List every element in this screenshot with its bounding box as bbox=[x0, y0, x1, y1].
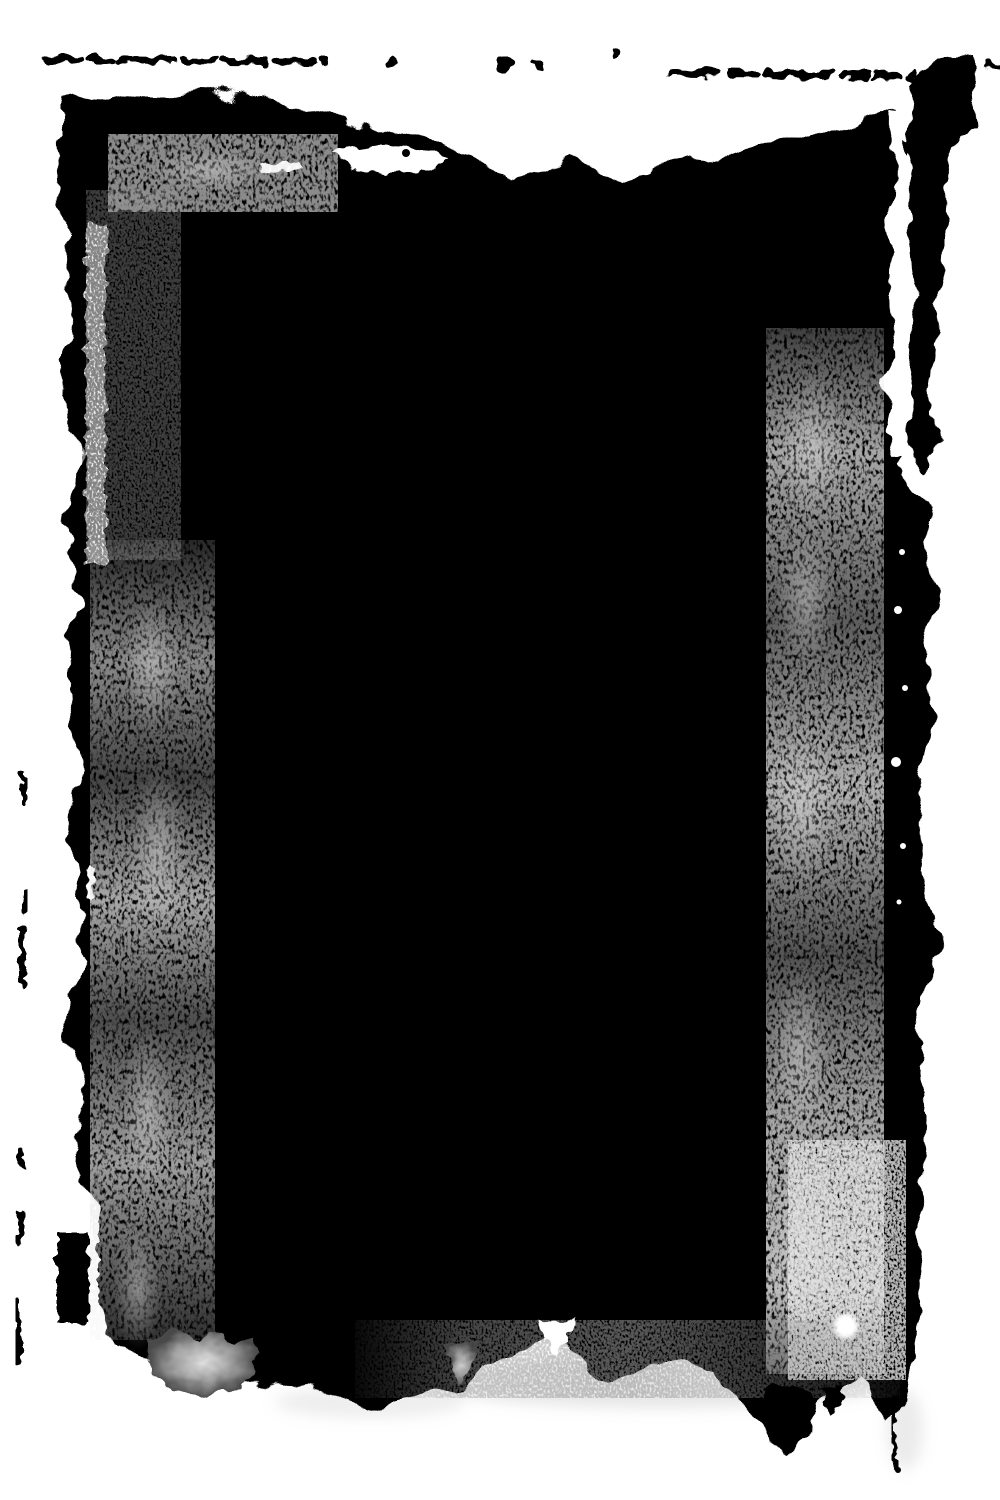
top-dash-segment-right bbox=[670, 72, 900, 76]
ink-dot bbox=[318, 57, 328, 67]
white-drop-hole bbox=[834, 1314, 858, 1338]
grunge-texture-stage bbox=[0, 0, 1000, 1500]
bottom-left-ink-island bbox=[57, 1233, 89, 1323]
grain-band-left bbox=[90, 540, 215, 1340]
ink-dot bbox=[533, 61, 543, 71]
ink-dot bbox=[386, 58, 396, 68]
grain-band-left-upper bbox=[86, 190, 181, 560]
ink-dot-in-hole bbox=[402, 149, 410, 157]
ink-dot bbox=[909, 72, 917, 80]
grunge-ink-frame-image bbox=[0, 0, 1000, 1500]
ink-dot bbox=[613, 50, 621, 58]
ink-dot bbox=[496, 57, 512, 73]
grain-band-bottom bbox=[355, 1320, 900, 1398]
